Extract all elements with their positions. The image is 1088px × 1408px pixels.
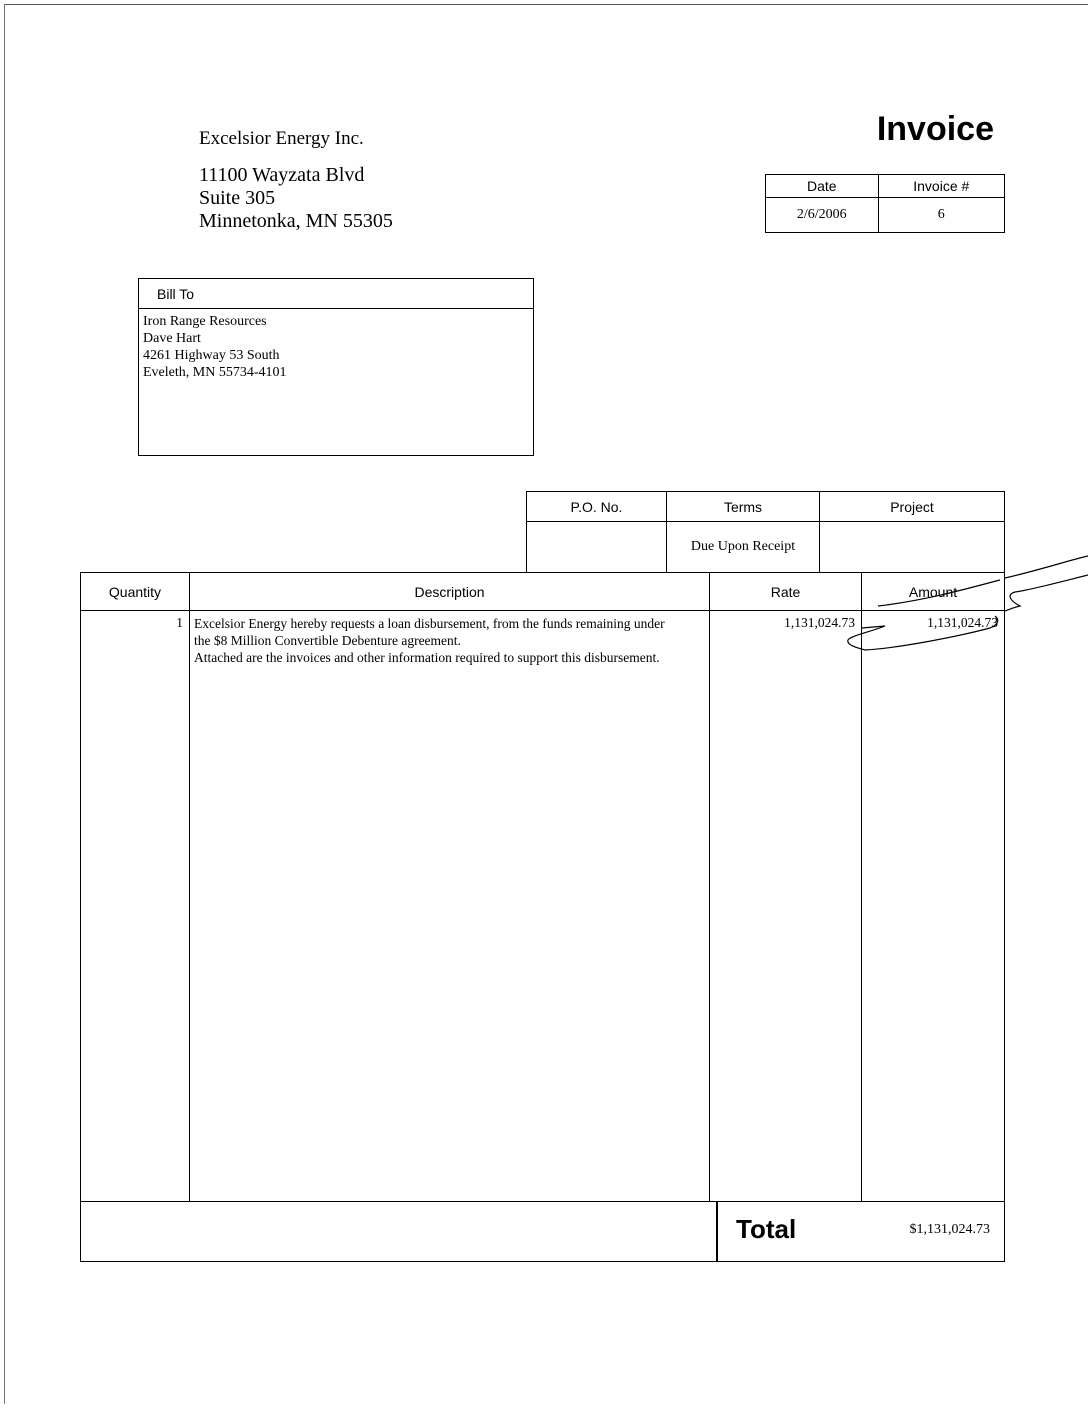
line-item-amount: 1,131,024.73	[862, 611, 1004, 631]
description-column: Description Excelsior Energy hereby requ…	[190, 573, 710, 1201]
company-address: 11100 Wayzata Blvd Suite 305 Minnetonka,…	[199, 164, 393, 233]
description-header: Description	[190, 573, 709, 611]
total-row: Total $1,131,024.73	[81, 1201, 1004, 1262]
po-number-value	[527, 522, 667, 573]
bill-to-line: Iron Range Resources	[143, 313, 533, 330]
project-header: Project	[820, 492, 1005, 522]
invoice-meta-table: Date Invoice # 2/6/2006 6	[765, 174, 1005, 233]
company-address-line: Suite 305	[199, 187, 393, 210]
scan-edge-left	[4, 4, 5, 1404]
invoice-number-header: Invoice #	[878, 175, 1004, 198]
total-label: Total	[736, 1214, 796, 1245]
total-value: $1,131,024.73	[910, 1222, 991, 1238]
description-line: Excelsior Energy hereby requests a loan …	[194, 615, 703, 632]
bill-to-line: Dave Hart	[143, 330, 533, 347]
project-value	[820, 522, 1005, 573]
total-divider	[716, 1202, 718, 1262]
line-item-rate: 1,131,024.73	[710, 611, 861, 631]
date-header: Date	[766, 175, 879, 198]
invoice-page: Excelsior Energy Inc. 11100 Wayzata Blvd…	[0, 0, 1088, 1408]
bill-to-label: Bill To	[139, 279, 533, 309]
invoice-number: 6	[878, 198, 1004, 233]
line-item-quantity: 1	[81, 611, 189, 631]
bill-to-address: Iron Range Resources Dave Hart 4261 High…	[139, 309, 533, 381]
amount-header: Amount	[862, 573, 1004, 611]
invoice-date: 2/6/2006	[766, 198, 879, 233]
amount-column: Amount 1,131,024.73	[862, 573, 1004, 1201]
quantity-column: Quantity 1	[81, 573, 190, 1201]
rate-header: Rate	[710, 573, 861, 611]
document-title: Invoice	[860, 110, 994, 149]
company-address-line: 11100 Wayzata Blvd	[199, 164, 393, 187]
terms-header: Terms	[667, 492, 820, 522]
company-name: Excelsior Energy Inc.	[199, 128, 364, 150]
terms-value: Due Upon Receipt	[667, 522, 820, 573]
po-number-header: P.O. No.	[527, 492, 667, 522]
scan-edge-top	[4, 4, 1088, 5]
description-line: Attached are the invoices and other info…	[194, 649, 703, 666]
company-address-line: Minnetonka, MN 55305	[199, 210, 393, 233]
description-line: the $8 Million Convertible Debenture agr…	[194, 632, 703, 649]
rate-column: Rate 1,131,024.73	[710, 573, 862, 1201]
bill-to-line: Eveleth, MN 55734-4101	[143, 364, 533, 381]
quantity-header: Quantity	[81, 573, 189, 611]
bill-to-box: Bill To Iron Range Resources Dave Hart 4…	[138, 278, 534, 456]
order-info-table: P.O. No. Terms Project Due Upon Receipt	[526, 491, 1005, 573]
line-item-description: Excelsior Energy hereby requests a loan …	[190, 611, 709, 666]
line-items-table: Quantity 1 Description Excelsior Energy …	[80, 572, 1005, 1262]
bill-to-line: 4261 Highway 53 South	[143, 347, 533, 364]
